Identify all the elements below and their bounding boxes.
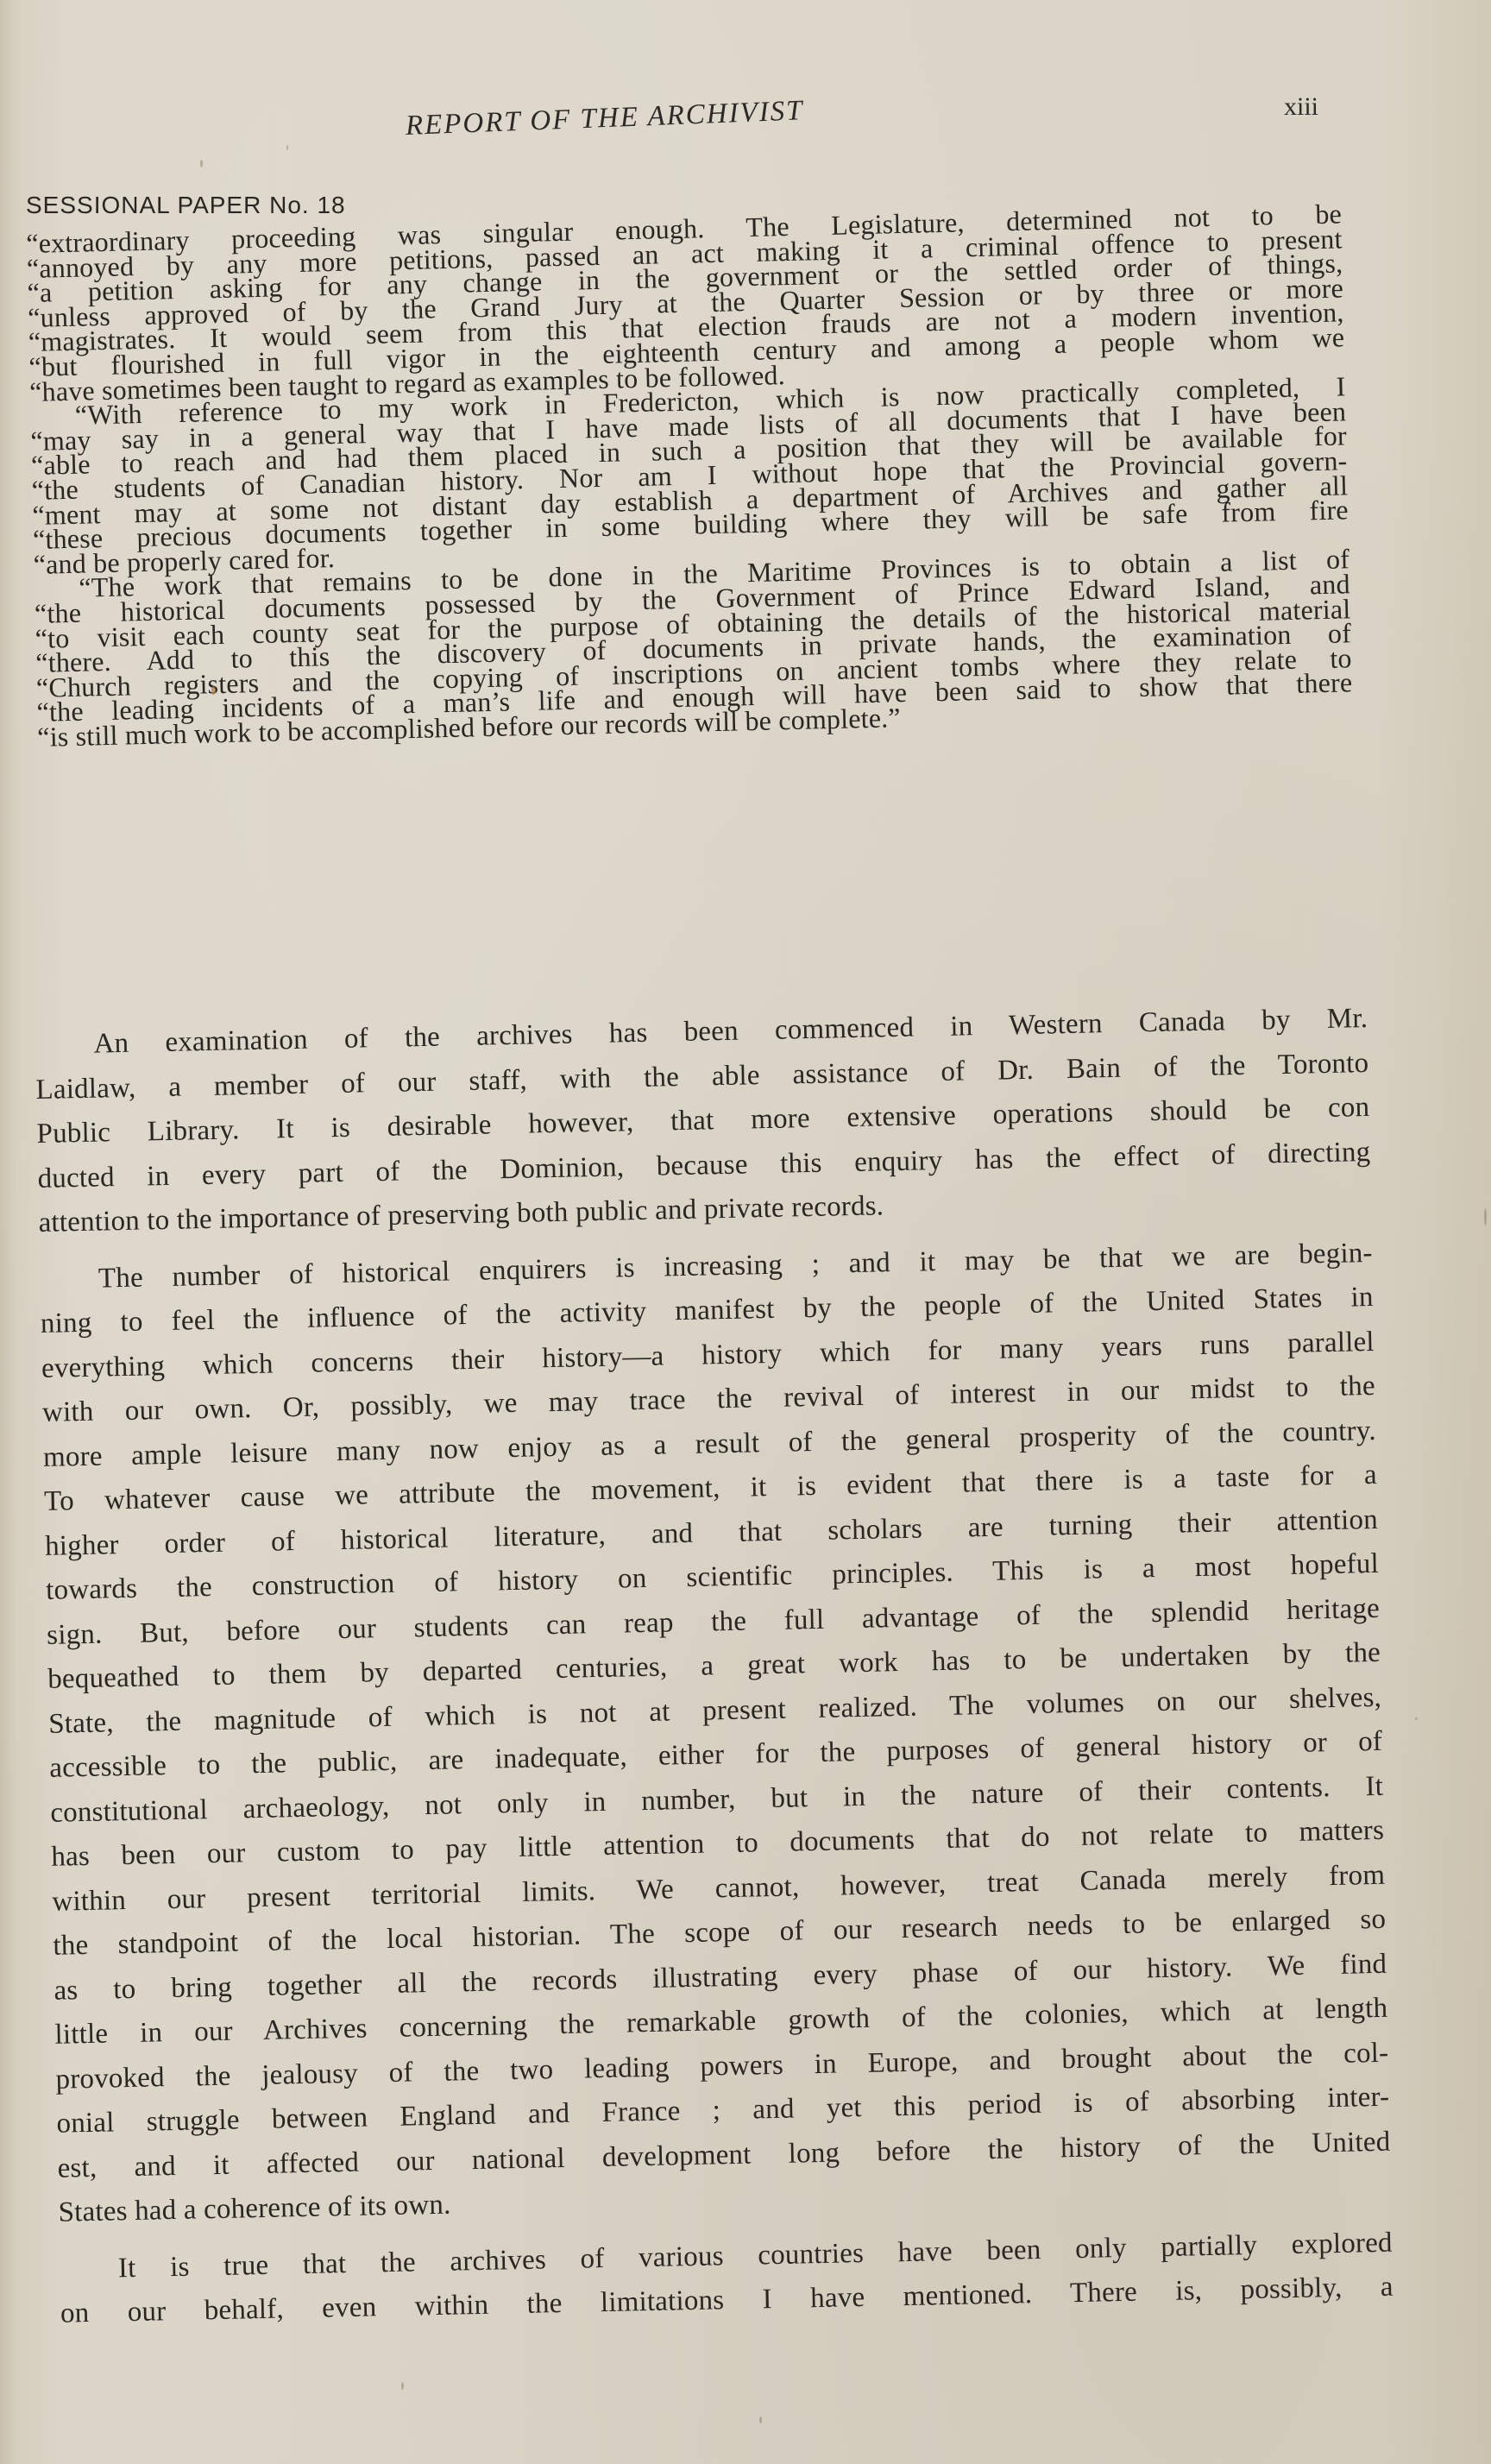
body-paragraphs: An examination of the archives has been … — [35, 996, 1424, 2336]
paragraph: The number of historical enquirers is in… — [39, 1231, 1421, 2235]
document-page: REPORT OF THE ARCHIVIST xiii SESSIONAL P… — [0, 0, 1491, 2464]
running-head: REPORT OF THE ARCHIVIST — [405, 95, 804, 142]
page-number: xiii — [1284, 92, 1318, 122]
paragraph: An examination of the archives has been … — [35, 996, 1402, 1245]
sessional-paper-label: SESSIONAL PAPER No. 18 — [26, 192, 346, 219]
quoted-block: “extraordinary proceeding was singular e… — [26, 201, 1383, 750]
